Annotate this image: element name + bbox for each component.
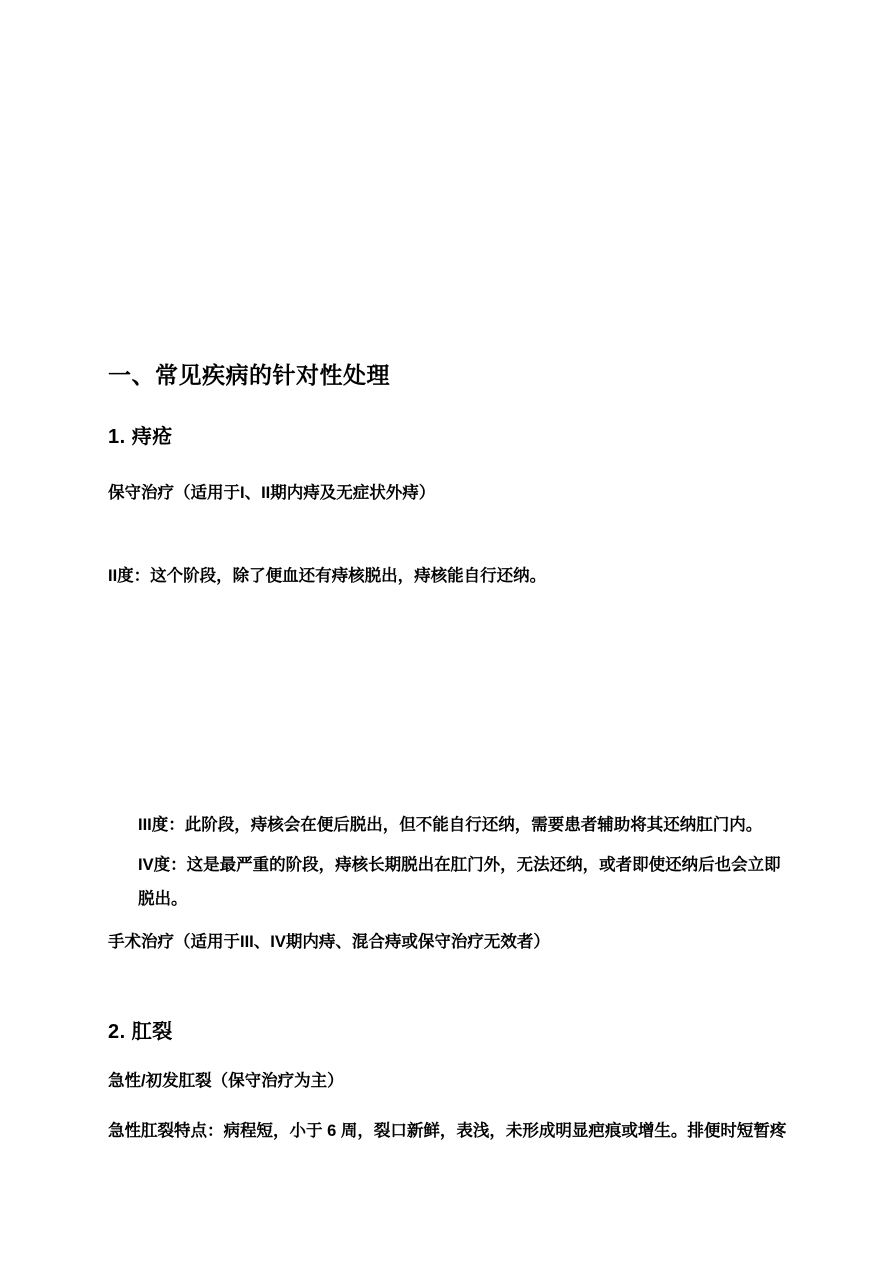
paragraph-acute-fissure: 急性/初发肛裂（保守治疗为主） [108, 1070, 344, 1092]
paragraph-surgical-treatment: 手术治疗（适用于III、IV期内痔、混合痔或保守治疗无效者） [108, 931, 550, 953]
section-1-heading: 1. 痔疮 [108, 424, 173, 450]
paragraph-acute-fissure-features: 急性肛裂特点：病程短，小于 6 周，裂口新鲜，表浅，未形成明显疤痕或增生。排便时… [108, 1120, 786, 1142]
main-heading: 一、常见疾病的针对性处理 [108, 360, 390, 390]
paragraph-hemorrhoid-grade-4-line-2: 脱出。 [138, 888, 781, 910]
section-2-heading: 2. 肛裂 [108, 1019, 173, 1045]
paragraph-hemorrhoid-grade-2: II度：这个阶段，除了便血还有痔核脱出，痔核能自行还纳。 [108, 565, 546, 587]
paragraph-hemorrhoid-grade-4-line-1: IV度：这是最严重的阶段，痔核长期脱出在肛门外，无法还纳，或者即使还纳后也会立即 [138, 854, 781, 876]
paragraph-conservative-treatment: 保守治疗（适用于I、II期内痔及无症状外痔） [108, 482, 435, 504]
paragraph-hemorrhoid-grade-4: IV度：这是最严重的阶段，痔核长期脱出在肛门外，无法还纳，或者即使还纳后也会立即… [138, 854, 781, 910]
paragraph-hemorrhoid-grade-3: III度：此阶段，痔核会在便后脱出，但不能自行还纳，需要患者辅助将其还纳肛门内。 [138, 814, 762, 836]
document-page: 一、常见疾病的针对性处理 1. 痔疮 保守治疗（适用于I、II期内痔及无症状外痔… [0, 0, 893, 1262]
